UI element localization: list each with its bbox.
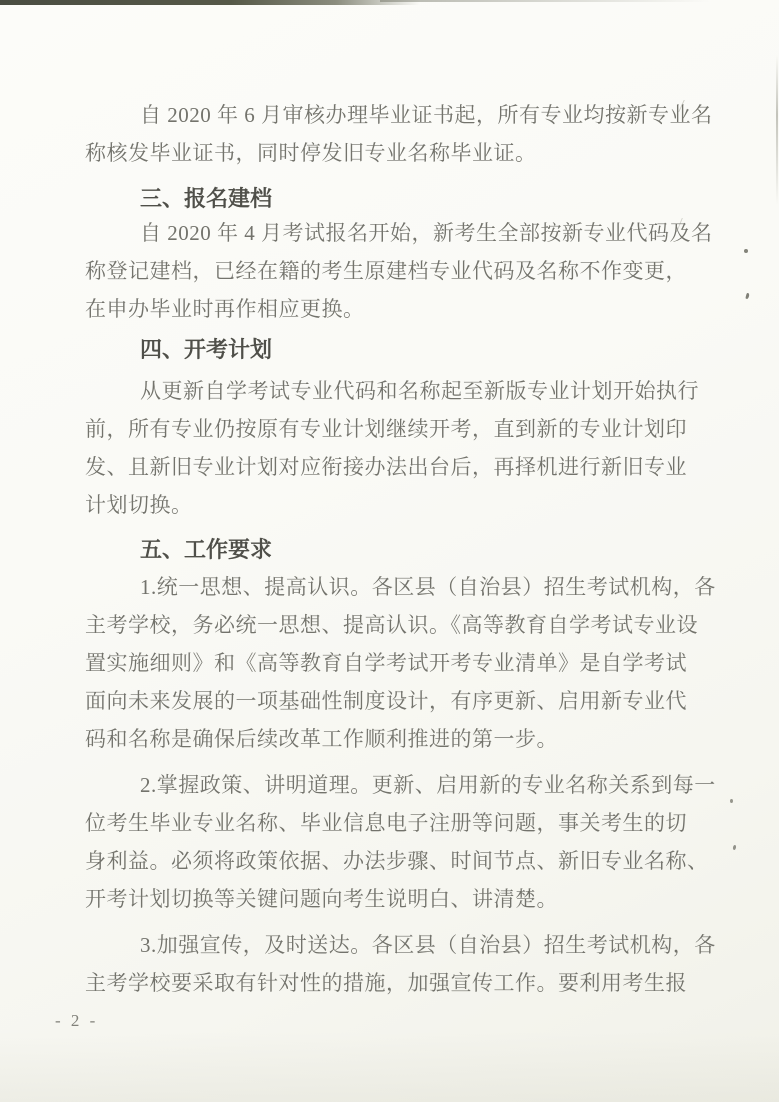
document-body: 自 2020 年 6 月审核办理毕业证书起，所有专业均按新专业名 称核发毕业证书… (0, 0, 779, 1102)
page-number: - 2 - (55, 1006, 98, 1036)
paragraph-grasp-policy: 2.掌握政策、讲明道理。更新、启用新的专业名称关系到每一 位考生毕业专业名称、毕… (85, 766, 710, 918)
paragraph-line: 开考计划切换等关键问题向考生说明白、讲清楚。 (85, 880, 710, 918)
paragraph-line: 置实施细则》和《高等教育自学考试开考专业清单》是自学考试 (85, 644, 710, 682)
paragraph-line: 1.统一思想、提高认识。各区县（自治县）招生考试机构，各 (85, 568, 710, 606)
paragraph-exam-plan: 从更新自学考试专业代码和名称起至新版专业计划开始执行 前，所有专业仍按原有专业计… (85, 372, 710, 524)
paragraph-line: 2.掌握政策、讲明道理。更新、启用新的专业名称关系到每一 (85, 766, 710, 804)
paragraph-registration: 自 2020 年 4 月考试报名开始，新考生全部按新专业代码及名 称登记建档，已… (85, 214, 710, 328)
paragraph-line: 自 2020 年 6 月审核办理毕业证书起，所有专业均按新专业名 (85, 96, 710, 134)
paragraph-strengthen-publicity: 3.加强宣传，及时送达。各区县（自治县）招生考试机构，各 主考学校要采取有针对性… (85, 926, 710, 1002)
paragraph-unify-thinking: 1.统一思想、提高认识。各区县（自治县）招生考试机构，各 主考学校，务必统一思想… (85, 568, 710, 758)
paragraph-line: 身利益。必须将政策依据、办法步骤、时间节点、新旧专业名称、 (85, 842, 710, 880)
paragraph-line: 在申办毕业时再作相应更换。 (85, 290, 710, 328)
paragraph-line: 码和名称是确保后续改革工作顺利推进的第一步。 (85, 720, 710, 758)
paragraph-line: 主考学校，务必统一思想、提高认识。《高等教育自学考试专业设 (85, 606, 710, 644)
paragraph-line: 位考生毕业专业名称、毕业信息电子注册等问题，事关考生的切 (85, 804, 710, 842)
paragraph-line: 发、且新旧专业计划对应衔接办法出台后，再择机进行新旧专业 (85, 448, 710, 486)
paragraph-line: 称登记建档，已经在籍的考生原建档专业代码及名称不作变更， (85, 252, 710, 290)
paragraph-line: 称核发毕业证书，同时停发旧专业名称毕业证。 (85, 134, 710, 172)
paragraph-line: 计划切换。 (85, 486, 710, 524)
paragraph-line: 前，所有专业仍按原有专业计划继续开考，直到新的专业计划印 (85, 410, 710, 448)
paragraph-line: 3.加强宣传，及时送达。各区县（自治县）招生考试机构，各 (85, 926, 710, 964)
section-heading-registration: 三、报名建档 (85, 180, 765, 218)
section-heading-exam-plan: 四、开考计划 (85, 331, 765, 369)
scanned-document-page: 自 2020 年 6 月审核办理毕业证书起，所有专业均按新专业名 称核发毕业证书… (0, 0, 779, 1102)
paragraph-line: 自 2020 年 4 月考试报名开始，新考生全部按新专业代码及名 (85, 214, 710, 252)
paragraph-line: 主考学校要采取有针对性的措施，加强宣传工作。要利用考生报 (85, 964, 710, 1002)
section-heading-work-requirements: 五、工作要求 (85, 531, 765, 569)
paragraph-line: 面向未来发展的一项基础性制度设计，有序更新、启用新专业代 (85, 682, 710, 720)
paragraph-line: 从更新自学考试专业代码和名称起至新版专业计划开始执行 (85, 372, 710, 410)
paragraph-graduation-certificates: 自 2020 年 6 月审核办理毕业证书起，所有专业均按新专业名 称核发毕业证书… (85, 96, 710, 172)
